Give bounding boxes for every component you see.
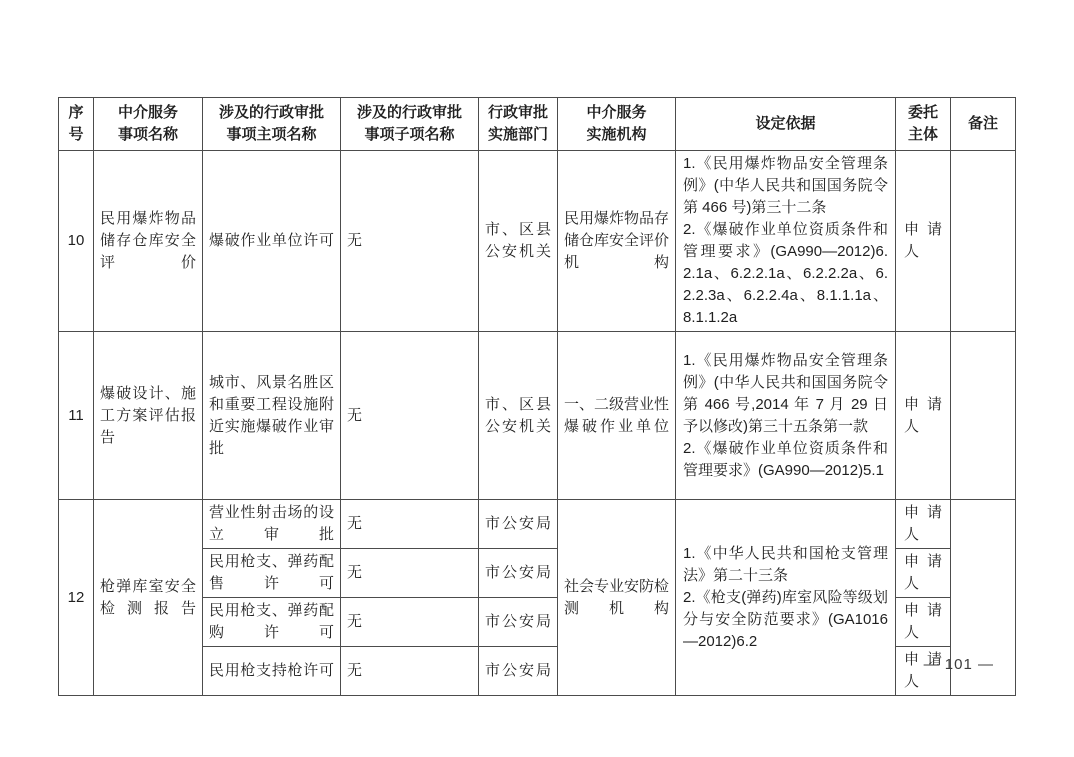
service-item-cell: 民用爆炸物品储存仓库安全评价	[94, 151, 203, 332]
service-agency-cell: 社会专业安防检测机构	[558, 500, 676, 696]
header-setting-basis: 设定依据	[676, 98, 896, 151]
principal-cell: 申请人	[896, 549, 951, 598]
main-approval-item-cell: 民用枪支、弹药配购许可	[203, 598, 341, 647]
principal-cell: 申请人	[896, 598, 951, 647]
header-service-agency: 中介服务 实施机构	[558, 98, 676, 151]
intermediary-services-table: 序 号 中介服务 事项名称 涉及的行政审批 事项主项名称 涉及的行政审批 事项子…	[58, 97, 1016, 696]
main-approval-item-cell: 民用枪支持枪许可	[203, 647, 341, 696]
header-principal: 委托 主体	[896, 98, 951, 151]
seq-cell: 12	[59, 500, 94, 696]
main-approval-item-cell: 城市、风景名胜区和重要工程设施附近实施爆破作业审批	[203, 332, 341, 500]
approval-department-cell: 市公安局	[479, 647, 558, 696]
page-number: — 101 —	[924, 655, 994, 675]
table-row-10: 10 民用爆炸物品储存仓库安全评价 爆破作业单位许可 无 市、区县公安机关 民用…	[59, 151, 1016, 332]
approval-department-cell: 市公安局	[479, 500, 558, 549]
service-item-cell: 枪弹库室安全检测报告	[94, 500, 203, 696]
sub-approval-item-cell: 无	[341, 549, 479, 598]
header-main-approval-item: 涉及的行政审批 事项主项名称	[203, 98, 341, 151]
header-remark: 备注	[951, 98, 1016, 151]
table-row-12-sub-1: 12 枪弹库室安全检测报告 营业性射击场的设立审批 无 市公安局 社会专业安防检…	[59, 500, 1016, 549]
seq-cell: 11	[59, 332, 94, 500]
sub-approval-item-cell: 无	[341, 598, 479, 647]
sub-approval-item-cell: 无	[341, 500, 479, 549]
sub-approval-item-cell: 无	[341, 151, 479, 332]
principal-cell: 申请人	[896, 151, 951, 332]
setting-basis-cell: 1.《中华人民共和国枪支管理法》第二十三条 2.《枪支(弹药)库室风险等级划分与…	[676, 500, 896, 696]
service-agency-cell: 民用爆炸物品存储仓库安全评价机构	[558, 151, 676, 332]
seq-cell: 10	[59, 151, 94, 332]
approval-department-cell: 市公安局	[479, 549, 558, 598]
table-header-row: 序 号 中介服务 事项名称 涉及的行政审批 事项主项名称 涉及的行政审批 事项子…	[59, 98, 1016, 151]
principal-cell: 申请人	[896, 332, 951, 500]
approval-department-cell: 市、区县公安机关	[479, 332, 558, 500]
service-item-cell: 爆破设计、施工方案评估报告	[94, 332, 203, 500]
setting-basis-cell: 1.《民用爆炸物品安全管理条例》(中华人民共和国国务院令第 466 号)第三十二…	[676, 151, 896, 332]
main-approval-item-cell: 民用枪支、弹药配售许可	[203, 549, 341, 598]
remark-cell	[951, 151, 1016, 332]
header-approval-department: 行政审批 实施部门	[479, 98, 558, 151]
document-page: 序 号 中介服务 事项名称 涉及的行政审批 事项主项名称 涉及的行政审批 事项子…	[58, 97, 1016, 696]
setting-basis-cell: 1.《民用爆炸物品安全管理条例》(中华人民共和国国务院令第 466 号,2014…	[676, 332, 896, 500]
approval-department-cell: 市、区县公安机关	[479, 151, 558, 332]
header-sub-approval-item: 涉及的行政审批 事项子项名称	[341, 98, 479, 151]
approval-department-cell: 市公安局	[479, 598, 558, 647]
main-approval-item-cell: 营业性射击场的设立审批	[203, 500, 341, 549]
sub-approval-item-cell: 无	[341, 647, 479, 696]
header-seq: 序 号	[59, 98, 94, 151]
service-agency-cell: 一、二级营业性爆破作业单位	[558, 332, 676, 500]
table-row-11: 11 爆破设计、施工方案评估报告 城市、风景名胜区和重要工程设施附近实施爆破作业…	[59, 332, 1016, 500]
header-service-item: 中介服务 事项名称	[94, 98, 203, 151]
principal-cell: 申请人	[896, 500, 951, 549]
remark-cell	[951, 332, 1016, 500]
sub-approval-item-cell: 无	[341, 332, 479, 500]
main-approval-item-cell: 爆破作业单位许可	[203, 151, 341, 332]
